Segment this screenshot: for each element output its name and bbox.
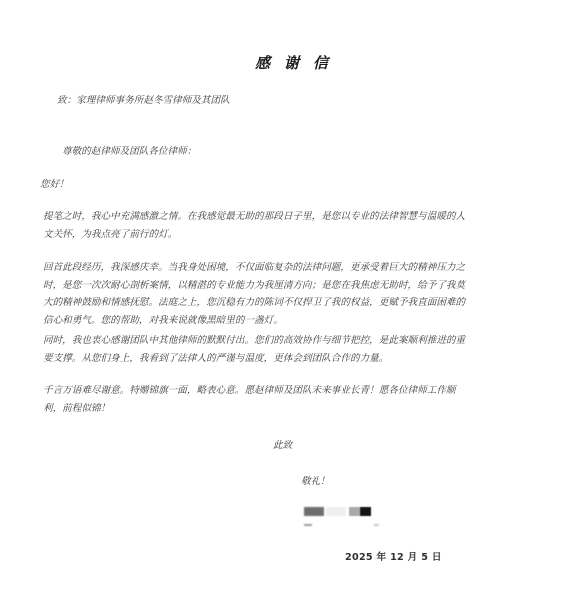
closing-line-2: 敬礼！ [301,476,330,488]
hello-line: 您好！ [40,179,69,191]
redaction-block [304,507,324,516]
redaction-block [349,507,360,516]
thank-you-letter: 感谢信 致：家理律师事务所赵冬雪律师及其团队 尊敬的赵律师及团队各位律师： 您好… [0,0,583,600]
redaction-smudge [304,524,312,526]
paragraph-4: 千言万语难尽谢意。特赠锦旗一面，略表心意。愿赵律师及团队未来事业长青！愿各位律师… [43,382,473,417]
paragraph-3: 同时，我也衷心感谢团队中其他律师的默默付出。您们的高效协作与细节把控，是此案顺利… [43,332,473,367]
redaction-block [326,507,346,516]
redaction-block [360,507,371,516]
paragraph-1: 提笔之时，我心中充满感激之情。在我感觉最无助的那段日子里，是您以专业的法律智慧与… [43,208,473,243]
letter-title: 感谢信 [0,52,583,73]
recipient-line: 致：家理律师事务所赵冬雪律师及其团队 [57,95,230,107]
paragraph-2: 回首此段经历，我深感庆幸。当我身处困境，不仅面临复杂的法律问题，更承受着巨大的精… [43,259,473,329]
greeting-line: 尊敬的赵律师及团队各位律师： [62,146,196,158]
letter-date: 2025 年 12 月 5 日 [345,549,442,563]
closing-line-1: 此致 [273,440,292,452]
redacted-signature [304,507,424,531]
redaction-smudge [374,524,379,526]
